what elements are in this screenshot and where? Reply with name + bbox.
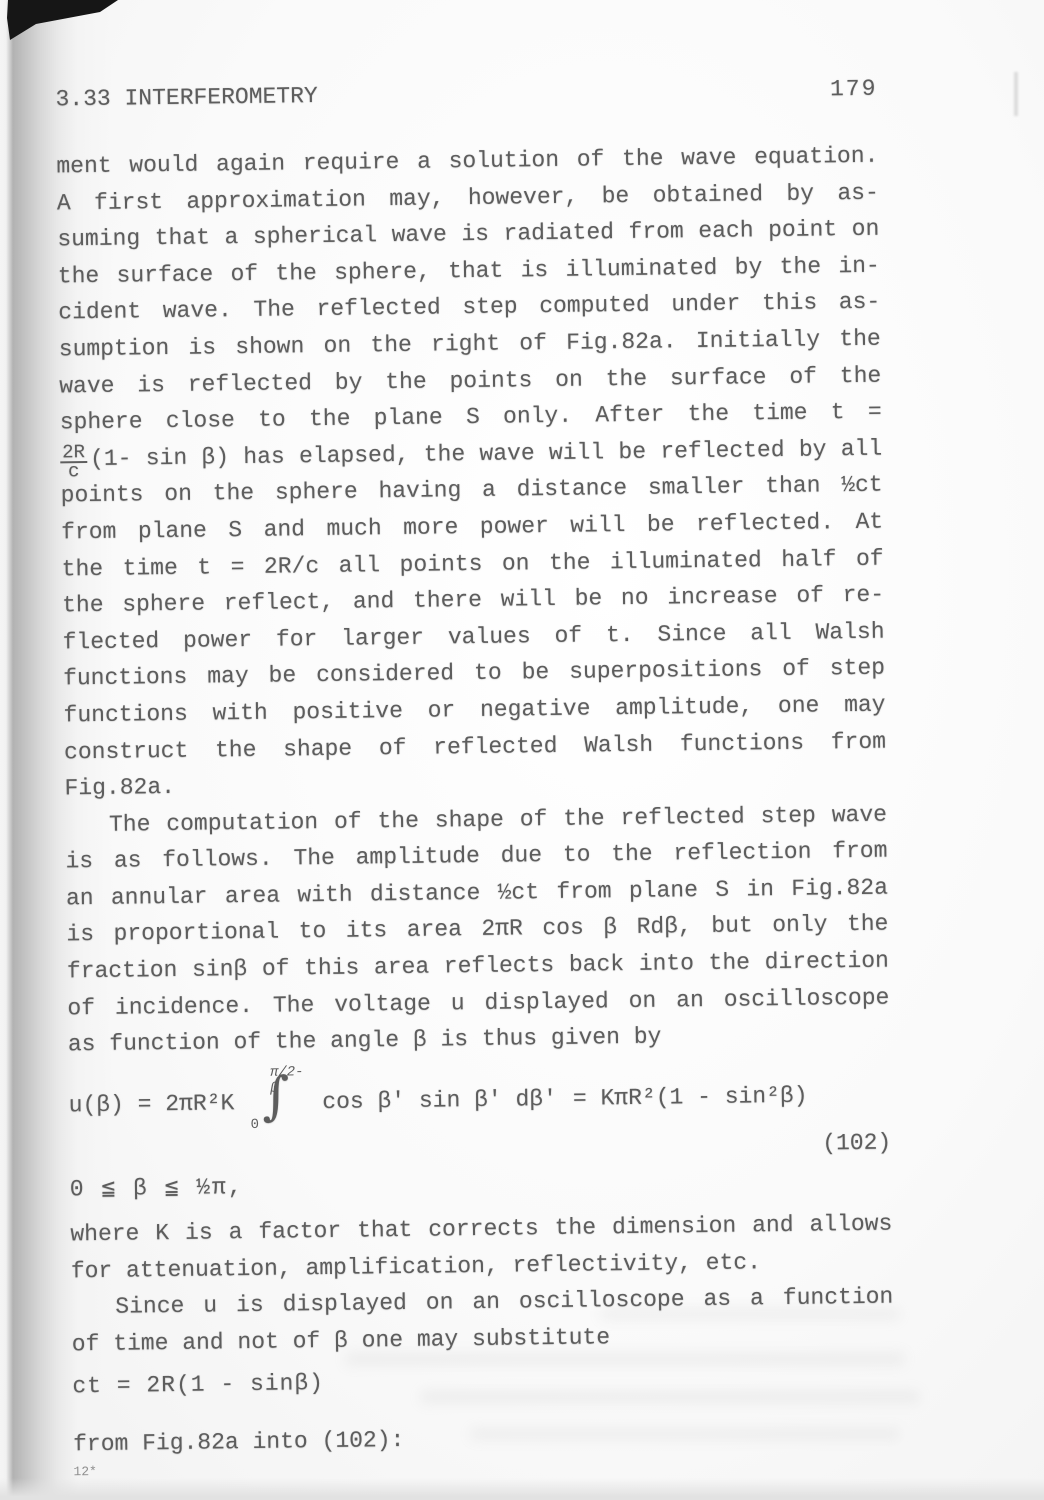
substitution-equation: ct = 2R(1 - sinβ): [72, 1358, 894, 1405]
scanned-book-page: { "colors": { "paper": "#fafafa", "ink":…: [0, 0, 1044, 1500]
equation-lhs: u(β) = 2πR²K: [69, 1090, 235, 1118]
equation-integrand: cos β' sin β' dβ': [322, 1086, 557, 1115]
paragraph: points on the sphere having a distance s…: [60, 467, 886, 807]
scan-edge-mark: [1014, 72, 1018, 116]
paragraph: where K is a factor that corrects the di…: [70, 1206, 894, 1363]
equation-rhs: = KπR²(1 - sin²β): [573, 1083, 808, 1112]
section-heading: 3.33 INTERFEROMETRY: [55, 78, 318, 118]
paragraph: ment would again require a solution of t…: [56, 138, 882, 441]
integral: π/2-β ∫ 0: [250, 1072, 307, 1133]
page-header: 3.33 INTERFEROMETRY 179: [54, 0, 877, 118]
inline-fraction: 2R c: [60, 444, 87, 480]
equation-block: u(β) = 2πR²K π/2-β ∫ 0 cos β' sin β' dβ'…: [68, 1064, 892, 1208]
equation-102: u(β) = 2πR²K π/2-β ∫ 0 cos β' sin β' dβ'…: [68, 1064, 891, 1135]
scan-bottom-band: [0, 1478, 1044, 1500]
paragraph: The computation of the shape of the refl…: [65, 796, 890, 1063]
integral-lower-limit: 0: [251, 1117, 260, 1133]
page-number: 179: [830, 71, 878, 109]
fraction-denominator: c: [68, 463, 80, 480]
integral-sign: ∫: [262, 1064, 290, 1128]
page-content: 3.33 INTERFEROMETRY 179 ment would again…: [54, 0, 895, 1481]
